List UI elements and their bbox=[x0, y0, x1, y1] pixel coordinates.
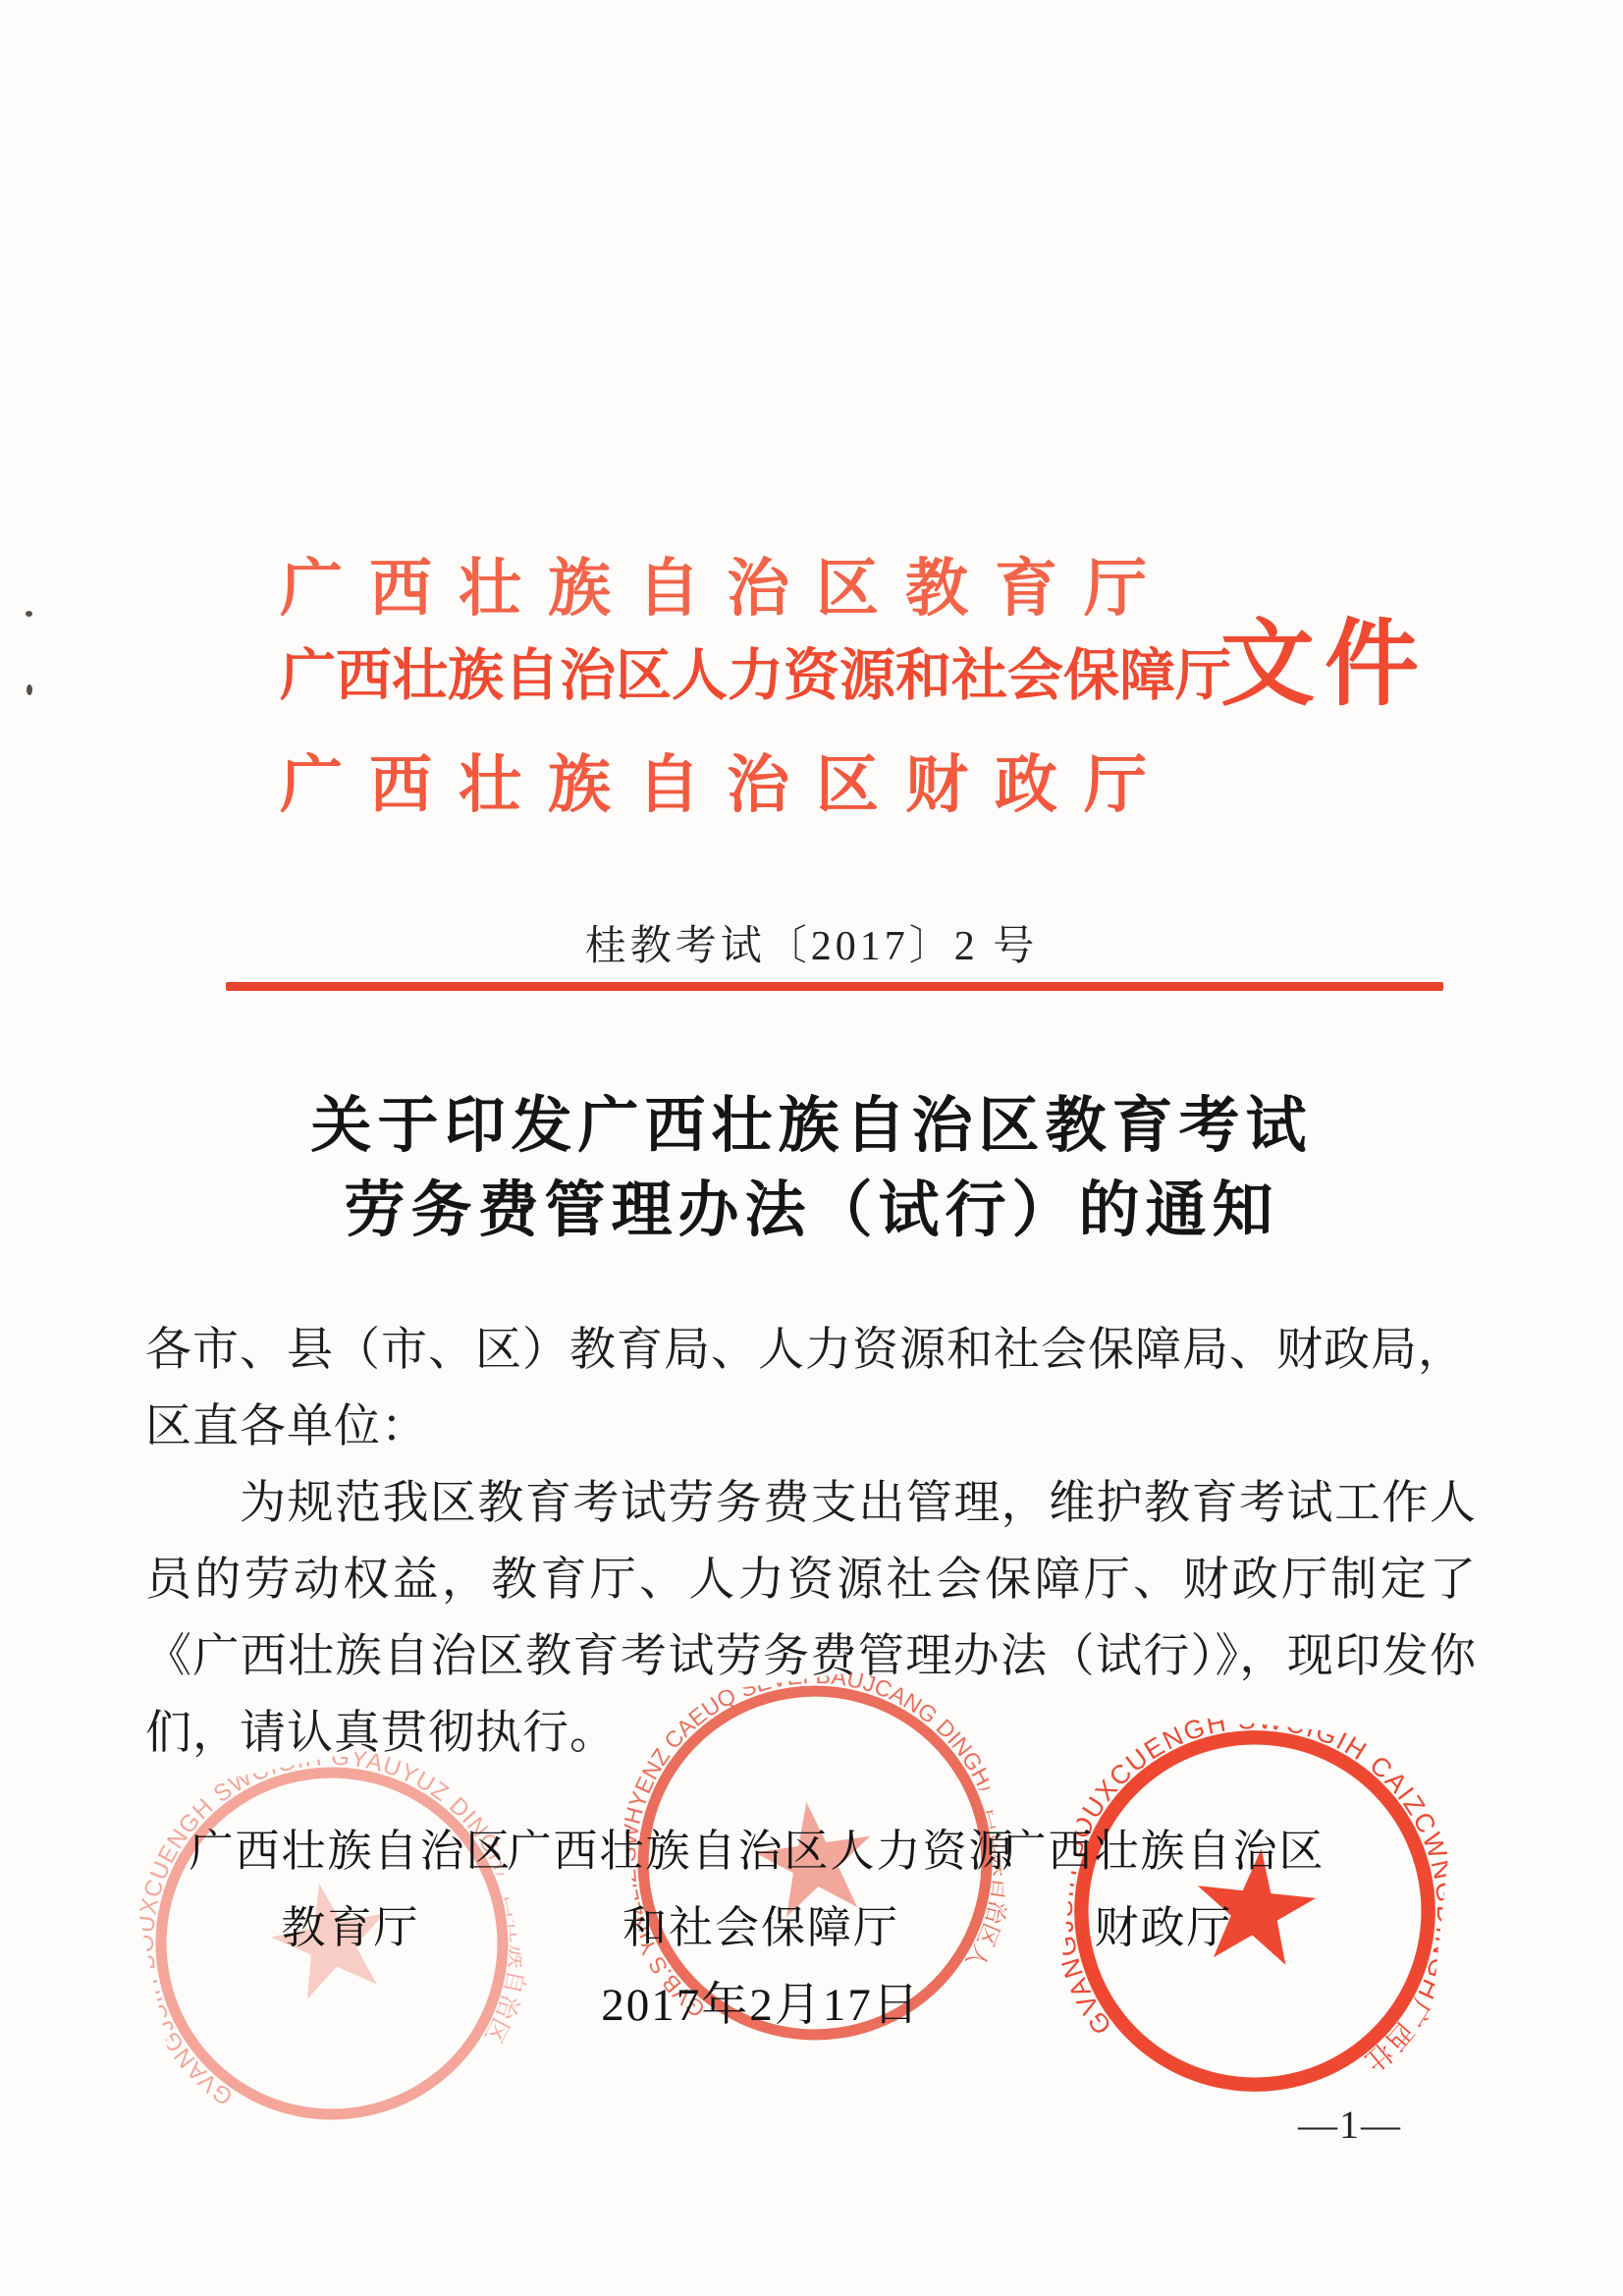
red-separator-rule bbox=[226, 982, 1443, 991]
document-number: 桂教考试〔2017〕2 号 bbox=[0, 913, 1623, 972]
letterhead-dept-hr-social-security: 广西壮族自治区人力资源和社会保障厅 bbox=[280, 630, 1231, 711]
signature-org3-line2: 财政厅 bbox=[1094, 1891, 1232, 1955]
document-date: 2017年2月17日 bbox=[601, 1968, 921, 2034]
signature-org2-line2: 和社会保障厅 bbox=[622, 1891, 899, 1955]
salutation-line1: 各市、县（市、区）教育局、人力资源和社会保障局、财政局， bbox=[145, 1312, 1477, 1389]
salutation-line2: 区直各单位： bbox=[145, 1389, 1477, 1465]
document-title-line2: 劳务费管理办法（试行）的通知 bbox=[0, 1161, 1623, 1248]
body-paragraph: 为规范我区教育考试劳务费支出管理，维护教育考试工作人员的劳动权益，教育厅、人力资… bbox=[145, 1465, 1477, 1772]
page-number: —1— bbox=[1298, 2102, 1402, 2148]
letterhead-dept-education: 广西壮族自治区教育厅 bbox=[280, 538, 1173, 629]
signature-org2-line1: 广西壮族自治区人力资源 bbox=[507, 1815, 1014, 1879]
signature-org1-line2: 教育厅 bbox=[281, 1891, 419, 1955]
document-title-line1: 关于印发广西壮族自治区教育考试 bbox=[0, 1076, 1623, 1164]
signature-org3-line1: 广西壮族自治区 bbox=[1001, 1815, 1325, 1879]
letterhead-doc-type: 文件 bbox=[1220, 589, 1429, 724]
scan-speck bbox=[27, 684, 32, 695]
document-page: 广西壮族自治区教育厅 广西壮族自治区人力资源和社会保障厅 文件 广西壮族自治区财… bbox=[0, 0, 1623, 2296]
signature-org1-line1: 广西壮族自治区 bbox=[189, 1815, 512, 1879]
document-body: 各市、县（市、区）教育局、人力资源和社会保障局、财政局， 区直各单位： 为规范我… bbox=[145, 1312, 1477, 1772]
scan-speck bbox=[26, 611, 32, 617]
letterhead-dept-finance: 广西壮族自治区财政厅 bbox=[280, 735, 1173, 825]
